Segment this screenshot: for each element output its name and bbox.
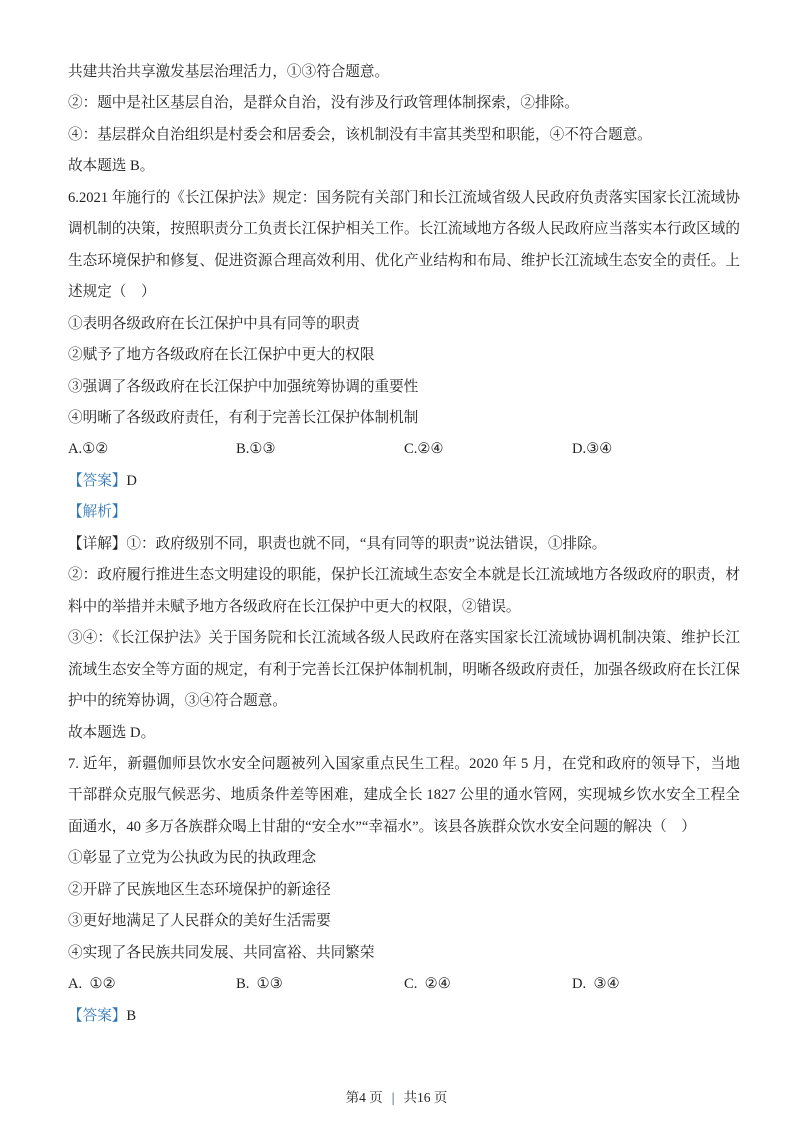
page-footer: 第4 页|共16 页 <box>0 1088 793 1108</box>
question-7-answer: 【答案】B <box>68 1001 740 1032</box>
question-7-options-b: B. ①③ <box>236 969 404 1000</box>
question-7-options: A. ①②B. ①③C. ②④D. ③④ <box>68 969 740 1000</box>
document-content: 共建共治共享激发基层治理活力，①③符合题意。②：题中是社区基层自治，是群众自治，… <box>68 57 740 1032</box>
question-6-detail-1: 【详解】①：政府级别不同，职责也就不同，“具有同等的职责”说法错误，①排除。 <box>68 529 740 560</box>
prev-question-explanation-line-3: ④：基层群众自治组织是村委会和居委会，该机制没有丰富其类型和职能，④不符合题意。 <box>68 120 740 151</box>
question-7-statement-1: ①彰显了立党为公执政为民的执政理念 <box>68 843 740 874</box>
question-6-statement-2: ②赋予了地方各级政府在长江保护中更大的权限 <box>68 340 740 371</box>
footer-separator: | <box>392 1090 395 1105</box>
question-6-statement-1: ①表明各级政府在长江保护中具有同等的职责 <box>68 309 740 340</box>
question-6-answer: 【答案】D <box>68 466 740 497</box>
document-page: 共建共治共享激发基层治理活力，①③符合题意。②：题中是社区基层自治，是群众自治，… <box>0 0 793 1122</box>
question-6-statement-4: ④明晰了各级政府责任，有利于完善长江保护体制机制 <box>68 403 740 434</box>
question-6-options-d: D.③④ <box>572 434 740 465</box>
question-6-options-a: A.①② <box>68 434 236 465</box>
prev-question-explanation-line-2: ②：题中是社区基层自治，是群众自治，没有涉及行政管理体制探索，②排除。 <box>68 88 740 119</box>
bracket-label: 【答案】 <box>68 1008 126 1024</box>
question-7-options-a: A. ①② <box>68 969 236 1000</box>
question-7-statement-2: ②开辟了民族地区生态环境保护的新途径 <box>68 875 740 906</box>
footer-page-number: 第4 页 <box>346 1090 383 1105</box>
bracket-label: 【答案】 <box>68 473 126 489</box>
footer-total-pages: 共16 页 <box>403 1090 447 1105</box>
question-6-stem: 6.2021 年施行的《长江保护法》规定：国务院有关部门和长江流域省级人民政府负… <box>68 183 740 309</box>
bracket-label: 【解析】 <box>68 504 126 520</box>
question-6-detail-3: ③④：《长江保护法》关于国务院和长江流域各级人民政府在落实国家长江流域协调机制决… <box>68 623 740 717</box>
prev-question-conclusion: 故本题选 B。 <box>68 151 740 182</box>
question-7-statement-3: ③更好地满足了人民群众的美好生活需要 <box>68 906 740 937</box>
question-7-options-d: D. ③④ <box>572 969 740 1000</box>
question-7-stem: 7. 近年，新疆伽师县饮水安全问题被列入国家重点民生工程。2020 年 5 月，… <box>68 749 740 843</box>
question-6-detail-2: ②：政府履行推进生态文明建设的职能，保护长江流域生态安全本就是长江流域地方各级政… <box>68 560 740 623</box>
prev-question-explanation-line-1: 共建共治共享激发基层治理活力，①③符合题意。 <box>68 57 740 88</box>
question-7-options-c: C. ②④ <box>404 969 572 1000</box>
answer-value: B <box>126 1008 136 1024</box>
answer-value: D <box>126 473 137 489</box>
question-6-analysis-label: 【解析】 <box>68 497 740 528</box>
question-7-statement-4: ④实现了各民族共同发展、共同富裕、共同繁荣 <box>68 938 740 969</box>
question-6-options: A.①②B.①③C.②④D.③④ <box>68 434 740 465</box>
question-6-options-b: B.①③ <box>236 434 404 465</box>
question-6-conclusion: 故本题选 D。 <box>68 718 740 749</box>
question-6-options-c: C.②④ <box>404 434 572 465</box>
question-6-statement-3: ③强调了各级政府在长江保护中加强统筹协调的重要性 <box>68 372 740 403</box>
